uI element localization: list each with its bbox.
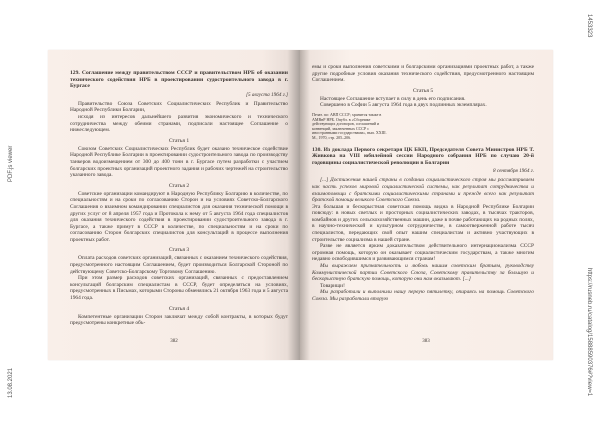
document-date: [5 августа 1964 г.] xyxy=(70,92,288,98)
record-number: 1453323 xyxy=(586,14,592,37)
preamble-paragraph: Правительство Союза Советских Социалисти… xyxy=(70,101,288,114)
article-title: Статья 2 xyxy=(70,183,288,189)
source-url[interactable]: https://rusneb.ru/catalog/15888590376#?v… xyxy=(586,268,592,396)
speech-paragraph: Эта большая и бескорыстная советская пом… xyxy=(312,204,534,244)
article-paragraph: Совершено в Софии 5 августа 1964 года в … xyxy=(312,102,534,109)
page-number: 382 xyxy=(48,339,300,344)
page-number: 383 xyxy=(300,339,552,344)
article-title: Статья 3 xyxy=(70,247,288,253)
preamble-paragraph: исходя из интересов дальнейшего развития… xyxy=(70,114,288,134)
source-note: Печат. по: АВП СССР; хранится также в АМ… xyxy=(312,113,390,141)
article-paragraph: При этом размер расходов советских орган… xyxy=(70,275,288,301)
article-paragraph: Союзом Советских Социалистических Респуб… xyxy=(70,146,288,179)
print-date: 13.08.2021 xyxy=(8,368,14,398)
left-page: 129. Соглашение между правительством ССС… xyxy=(48,50,300,360)
speech-paragraph: [...] Достижения нашей страны в создании… xyxy=(312,177,534,203)
document-date: 8 сентября 1964 г. xyxy=(312,168,534,174)
right-page: емы и сроки выполнения советскими и болг… xyxy=(300,50,552,360)
document-130-heading: 130. Из доклада Первого секретаря ЦК БКП… xyxy=(312,147,534,167)
book-spread: 129. Соглашение между правительством ССС… xyxy=(48,50,553,360)
article-title: Статья 4 xyxy=(70,306,288,312)
speech-paragraph: Мы разработали и выполнили нашу первую п… xyxy=(312,289,534,302)
document-title: Соглашение между правительством СССР и п… xyxy=(70,70,288,89)
article-paragraph: Компетентные организации Сторон заключат… xyxy=(70,314,288,327)
article-paragraph: Оплата расходов советских организаций, с… xyxy=(70,255,288,275)
article-paragraph: Советские организации командируют в Наро… xyxy=(70,191,288,244)
document-number: 130. xyxy=(312,147,322,153)
speech-paragraph: Мы выражаем признательность и любовь наш… xyxy=(312,263,534,283)
document-129-heading: 129. Соглашение между правительством ССС… xyxy=(70,70,288,90)
article-title: Статья 1 xyxy=(70,138,288,144)
viewer-app-label: PDF.js viewer xyxy=(8,146,14,182)
continuation-paragraph: емы и сроки выполнения советскими и болг… xyxy=(312,64,534,84)
speech-paragraph: Разве не является ярким доказательством … xyxy=(312,243,534,263)
article-title: Статья 5 xyxy=(312,88,534,94)
document-title: Из доклада Первого секретаря ЦК БКП, Пре… xyxy=(312,147,534,166)
document-number: 129. xyxy=(70,70,80,76)
